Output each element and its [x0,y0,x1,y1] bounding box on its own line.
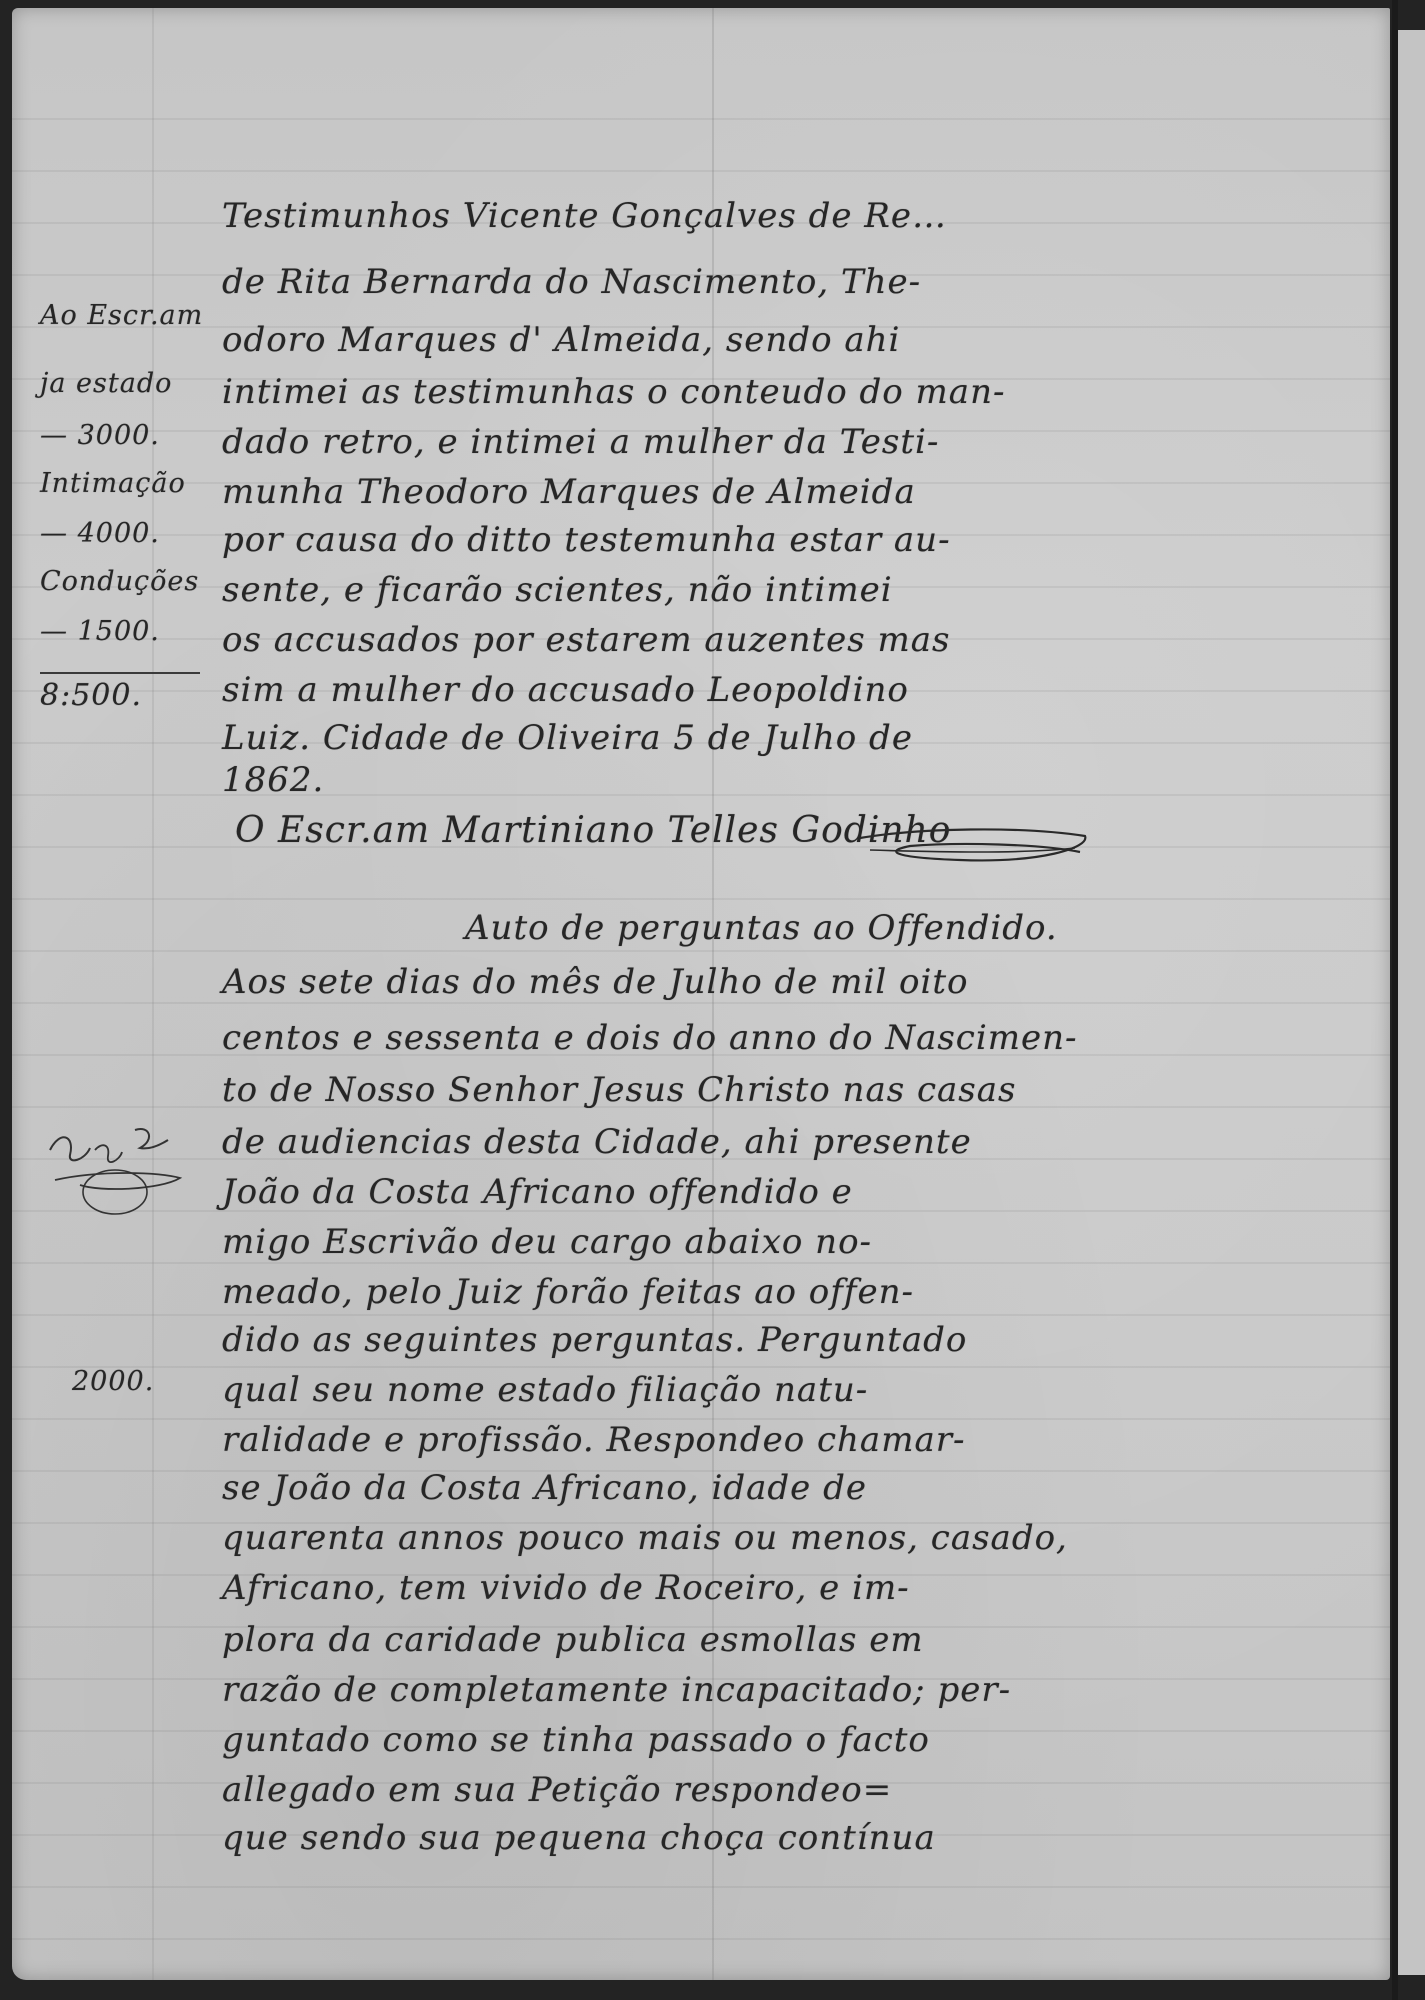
margin-fee-amount: 2000. [72,1366,154,1397]
text-line: qual seu nome estado filiação natu- [222,1370,868,1410]
text-line: munha Theodoro Marques de Almeida [222,472,916,512]
text-line: de audiencias desta Cidade, ahi presente [222,1122,972,1162]
margin-fee-amount: — 4000. [40,518,160,549]
text-line: to de Nosso Senhor Jesus Christo nas cas… [222,1070,1016,1110]
total-rule-divider [40,672,200,674]
margin-fee-amount: — 3000. [40,420,160,451]
text-line: ralidade e profissão. Respondeo chamar- [222,1420,965,1460]
margin-note: Ao Escr.am [40,300,203,331]
rubric-initials-icon [40,1120,190,1220]
text-line: centos e sessenta e dois do anno do Nasc… [222,1018,1077,1058]
text-line: Aos sete dias do mês de Julho de mil oit… [222,962,969,1002]
margin-fee-amount: — 1500. [40,616,160,647]
text-line: por causa do ditto testemunha estar au- [222,520,951,560]
text-line: os accusados por estarem auzentes mas [222,620,951,660]
section-heading: Auto de perguntas ao Offendido. [465,908,1058,948]
text-line: intimei as testimunhas o conteudo do man… [222,372,1005,412]
text-line: odoro Marques d' Almeida, sendo ahi [222,320,900,360]
margin-note: Intimação [40,468,186,499]
text-line: se João da Costa Africano, idade de [222,1468,867,1508]
text-line: dido as seguintes perguntas. Perguntado [222,1320,967,1360]
text-line: allegado em sua Petição respondeo= [222,1770,892,1810]
signature-flourish-icon [840,808,1100,870]
text-line: João da Costa Africano offendido e [222,1172,853,1212]
text-line: quarenta annos pouco mais ou menos, casa… [222,1518,1068,1558]
margin-fee-total: 8:500. [40,678,142,713]
text-line: guntado como se tinha passado o facto [222,1720,930,1760]
text-line: Africano, tem vivido de Roceiro, e im- [222,1568,910,1608]
text-line: Luiz. Cidade de Oliveira 5 de Julho de [222,718,913,758]
margin-note: Conduções [40,566,199,597]
adjacent-page-strip [1398,30,1425,1975]
margin-note: ja estado [40,368,172,399]
date-year: 1862. [222,760,324,800]
text-line: meado, pelo Juiz forão feitas ao offen- [222,1272,914,1312]
text-line: de Rita Bernarda do Nascimento, The- [222,262,921,302]
text-line: que sendo sua pequena choça contínua [222,1818,936,1858]
text-line: Testimunhos Vicente Gonçalves de Re… [222,196,947,236]
text-line: migo Escrivão deu cargo abaixo no- [222,1222,872,1262]
text-line: plora da caridade publica esmollas em [222,1620,924,1660]
text-line: sim a mulher do accusado Leopoldino [222,670,909,710]
text-line: razão de completamente incapacitado; per… [222,1670,1011,1710]
text-line: sente, e ficarão scientes, não intimei [222,570,893,610]
text-line: dado retro, e intimei a mulher da Testi- [222,422,939,462]
